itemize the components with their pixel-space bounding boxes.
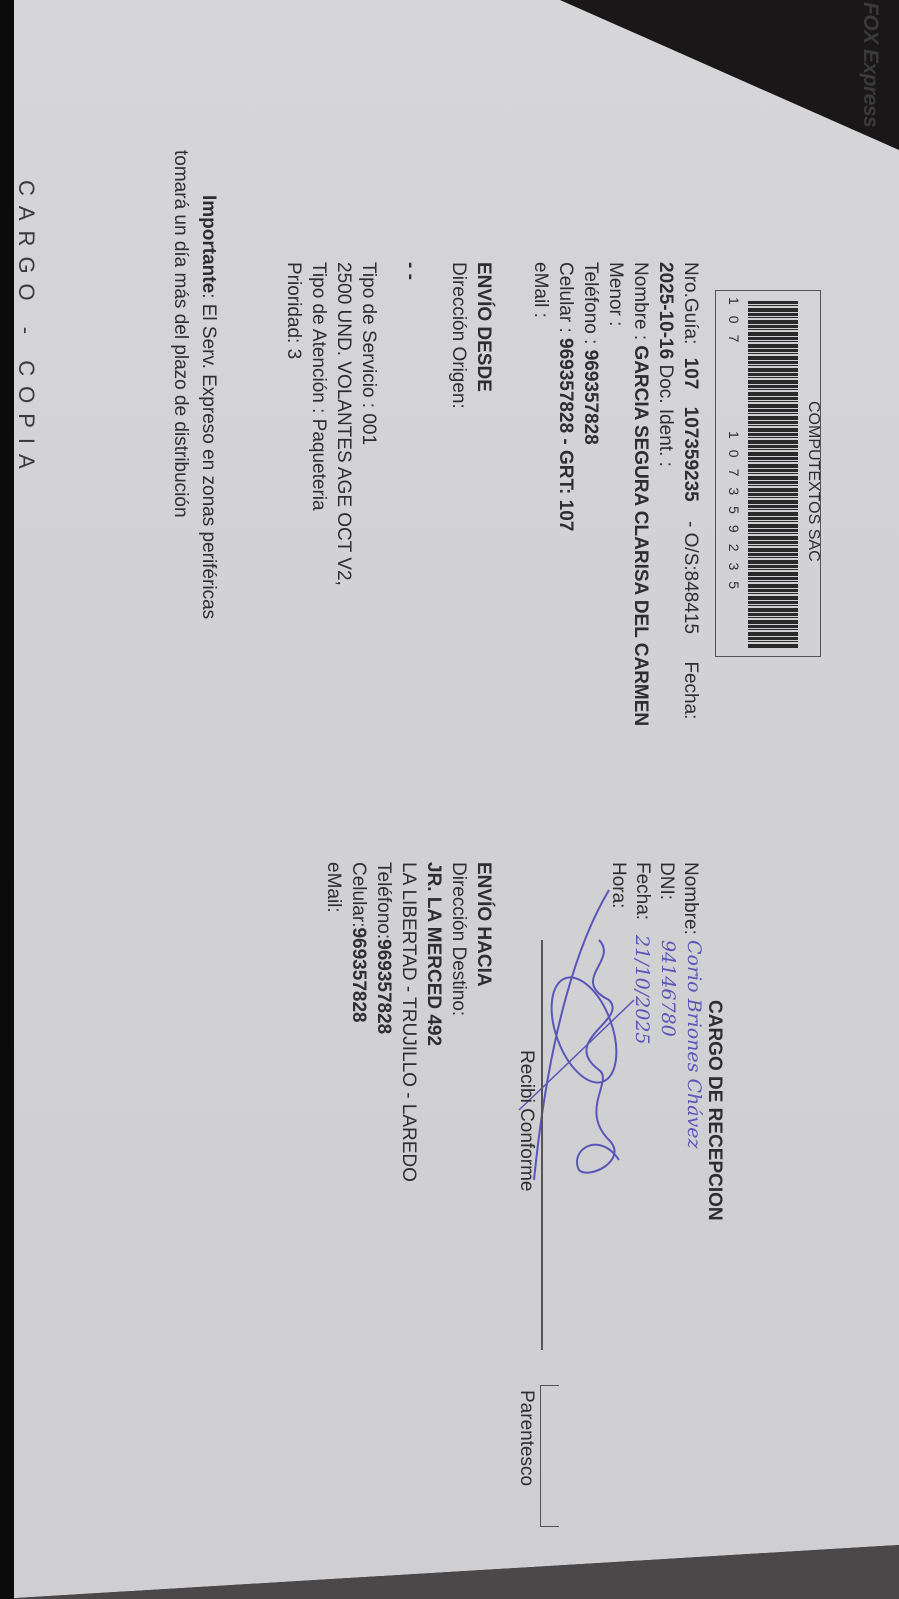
guia-line: Nro.Guía: 107 107359235 - O/S:848415 Fec…	[679, 262, 701, 719]
fecha-doc-line: 2025-10-16 Doc. Ident. :	[654, 262, 676, 467]
destino-email: eMail:	[322, 862, 344, 913]
recepcion-nombre-handwritten: Corio Briones Chávez	[683, 940, 705, 1149]
barcode: COMPUTEXTOS SAC 107 107359235	[715, 290, 821, 657]
tipo-servicio: Tipo de Servicio : 001	[357, 262, 379, 445]
menor-line: Menor :	[604, 262, 626, 326]
recepcion-nombre-label: Nombre:	[679, 862, 701, 935]
recepcion-dni-label: DNI:	[655, 862, 677, 900]
destino-telefono: Teléfono:969357828	[372, 862, 394, 1034]
destino-celular: Celular:969357828	[347, 862, 369, 1023]
nombre-line: Nombre : GARCIA SEGURA CLARISA DEL CARME…	[629, 262, 651, 726]
contenido: 2500 UND. VOLANTES AGE OCT V2,	[332, 262, 354, 586]
parentesco-label: Parentesco	[515, 1390, 537, 1486]
shipping-receipt: FOX Express COMPUTEXTOS SAC 107 10735923…	[0, 0, 899, 1599]
envio-hacia-title: ENVÍO HACIA	[472, 862, 494, 987]
tipo-atencion: Tipo de Atención : Paqueteria	[307, 262, 329, 511]
signature-line	[542, 940, 544, 1350]
barcode-bars	[748, 301, 798, 648]
direccion-origen-value: - -	[399, 262, 421, 280]
celular-line: Celular : 969357828 - GRT: 107	[554, 262, 576, 531]
barcode-number-digits: 107359235	[726, 431, 742, 600]
brand-logo: FOX Express	[859, 2, 881, 127]
telefono-line: Teléfono : 969357828	[579, 262, 601, 445]
barcode-prefix-digits: 107	[726, 297, 742, 353]
email-line: eMail :	[529, 262, 551, 318]
recepcion-dni-handwritten: 94146780	[657, 940, 679, 1037]
barcode-company: COMPUTEXTOS SAC	[804, 401, 822, 562]
cargo-copia-label: CARGO - COPIA	[15, 180, 37, 479]
destino-region: LA LIBERTAD - TRUJILLO - LAREDO	[397, 862, 419, 1182]
envio-desde-title: ENVÍO DESDE	[472, 262, 494, 392]
importante-note-line2: tomará un día más del plazo de distribuc…	[169, 150, 191, 518]
importante-note-line1: Importante: El Serv. Expreso en zonas pe…	[197, 195, 219, 619]
parentesco-field	[540, 1385, 559, 1527]
recibi-conforme-label: Recibi Conforme	[515, 1050, 537, 1192]
prioridad: Prioridad: 3	[282, 262, 304, 359]
direccion-destino-value: JR. LA MERCED 492	[422, 862, 444, 1046]
cargo-recepcion-title: CARGO DE RECEPCION	[703, 1000, 725, 1221]
direccion-destino-label: Dirección Destino:	[447, 862, 469, 1016]
direccion-origen-label: Dirección Origen:	[447, 262, 469, 409]
